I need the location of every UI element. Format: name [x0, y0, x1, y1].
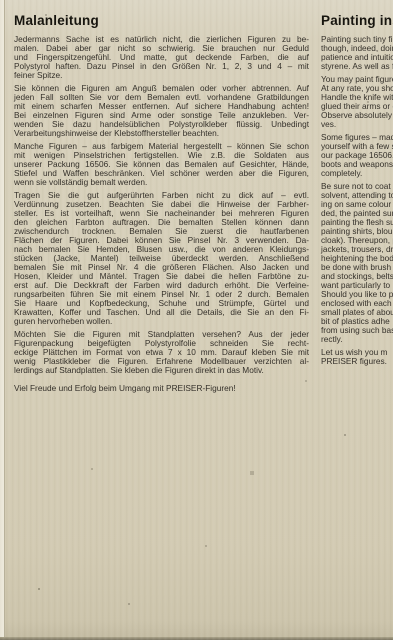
paragraph: Manche Figuren – aus farbigem Material h… — [14, 142, 309, 187]
german-column: Malanleitung Jedermanns Sache ist es nat… — [14, 13, 309, 393]
paragraph: Painting such tiny fithough, indeed, doi… — [321, 35, 393, 71]
german-closing-line: Viel Freude und Erfolg beim Umgang mit P… — [14, 384, 309, 393]
paragraph: Some figures – madyourself with a few so… — [321, 133, 393, 178]
german-paragraphs: Jedermanns Sache ist es natürlich nicht,… — [14, 35, 309, 375]
text-line: PREISER figures. — [321, 357, 393, 366]
leaflet-page: Malanleitung Jedermanns Sache ist es nat… — [0, 0, 393, 640]
text-line: feiner Spitze. — [14, 71, 309, 80]
paragraph: Let us wish you mPREISER figures. — [321, 348, 393, 366]
german-title: Malanleitung — [14, 13, 309, 28]
paragraph: Möchten Sie die Figuren mit Standplatten… — [14, 330, 309, 375]
paragraph: Tragen Sie die gut aufgerührten Farben n… — [14, 191, 309, 326]
english-title: Painting instru — [321, 13, 393, 28]
text-line: ves. — [321, 120, 393, 129]
text-line: rectly. — [321, 335, 393, 344]
text-line: completely. — [321, 169, 393, 178]
text-line: styrene. As well as f — [321, 62, 393, 71]
text-line: guren hervorheben wollen. — [14, 317, 309, 326]
page-left-edge — [0, 0, 5, 640]
text-line: Verarbeitungshinweise der Klebstoffherst… — [14, 129, 309, 138]
text-line: wenn sie vollständig bemalt werden. — [14, 178, 309, 187]
english-column: Painting instru Painting such tiny fitho… — [321, 13, 393, 370]
paragraph: Be sure not to coat thsolvent, attending… — [321, 182, 393, 344]
paragraph: Sie können die Figuren am Anguß bemalen … — [14, 84, 309, 138]
text-line: lerdings auf Standplatten. Sie kleben di… — [14, 366, 309, 375]
paragraph: Jedermanns Sache ist es natürlich nicht,… — [14, 35, 309, 80]
paragraph: You may paint figureAt any rate, you sho… — [321, 75, 393, 129]
english-paragraphs: Painting such tiny fithough, indeed, doi… — [321, 35, 393, 366]
